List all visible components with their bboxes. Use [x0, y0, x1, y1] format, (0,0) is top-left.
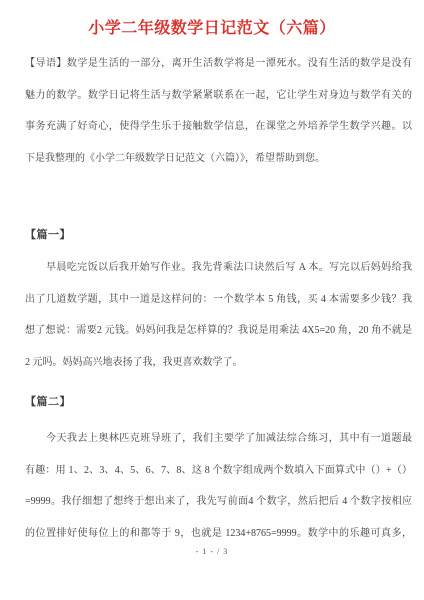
page-number-footer: - 1 - / 3 — [0, 546, 424, 558]
body-line: 早晨吃完饭以后我开始写作业。我先背乘法口诀然后写 A 本。写完以后妈妈给我 — [25, 252, 412, 284]
body-line: 2 元吗。妈妈高兴地表扬了我，我更喜欢数学了。 — [25, 347, 412, 379]
document-title: 小学二年级数学日记范文（六篇） — [0, 17, 424, 41]
intro-paragraph: 【导语】数学是生活的一部分，离开生活数学将是一潭死水。没有生活的数学是没有 魅力… — [25, 48, 412, 174]
body-line: 有趣：用 1、2、3、4、5、6、7、8、这 8 个数字组成两个数填入下面算式中… — [25, 455, 412, 487]
section-1-header-block: 【篇一】 — [25, 220, 412, 252]
intro-line: 魅力的数学。数学日记将生活与数学紧紧联系在一起，它让学生对身边与数学有关的 — [25, 80, 412, 112]
body-line: =9999。我仔细想了想终于想出来了，我先写前面4 个数字，然后把后 4 个数字… — [25, 486, 412, 518]
body-line: 出了几道数学题，其中一道是这样问的：一个数学本 5 角钱，买 4 本需要多少钱？… — [25, 284, 412, 316]
body-line: 的位置排好使每位上的和都等于 9，也就是 1234+8765=9999。数学中的… — [25, 518, 412, 550]
intro-line: 【导语】数学是生活的一部分，离开生活数学将是一潭死水。没有生活的数学是没有 — [25, 48, 412, 80]
body-line: 今天我去上奥林匹克班导班了，我们主要学了加减法综合练习，其中有一道题最 — [25, 423, 412, 455]
section-header: 【篇一】 — [25, 220, 412, 252]
section-2-header-block: 【篇二】 — [25, 387, 412, 419]
section-header: 【篇二】 — [25, 387, 412, 419]
section-1-paragraph: 早晨吃完饭以后我开始写作业。我先背乘法口诀然后写 A 本。写完以后妈妈给我 出了… — [25, 252, 412, 378]
body-line: 想了想说：需要2 元钱。妈妈问我是怎样算的？我说是用乘法 4X5=20 角，20… — [25, 315, 412, 347]
section-2-paragraph: 今天我去上奥林匹克班导班了，我们主要学了加减法综合练习，其中有一道题最 有趣：用… — [25, 423, 412, 549]
intro-line: 事务充满了好奇心，使得学生乐于接触数学信息，在课堂之外培养学生数学兴趣。以 — [25, 111, 412, 143]
intro-line: 下是我整理的《小学二年级数学日记范文（六篇）》，希望帮助到您。 — [25, 143, 412, 175]
document-page: 小学二年级数学日记范文（六篇） 【导语】数学是生活的一部分，离开生活数学将是一潭… — [0, 0, 424, 600]
